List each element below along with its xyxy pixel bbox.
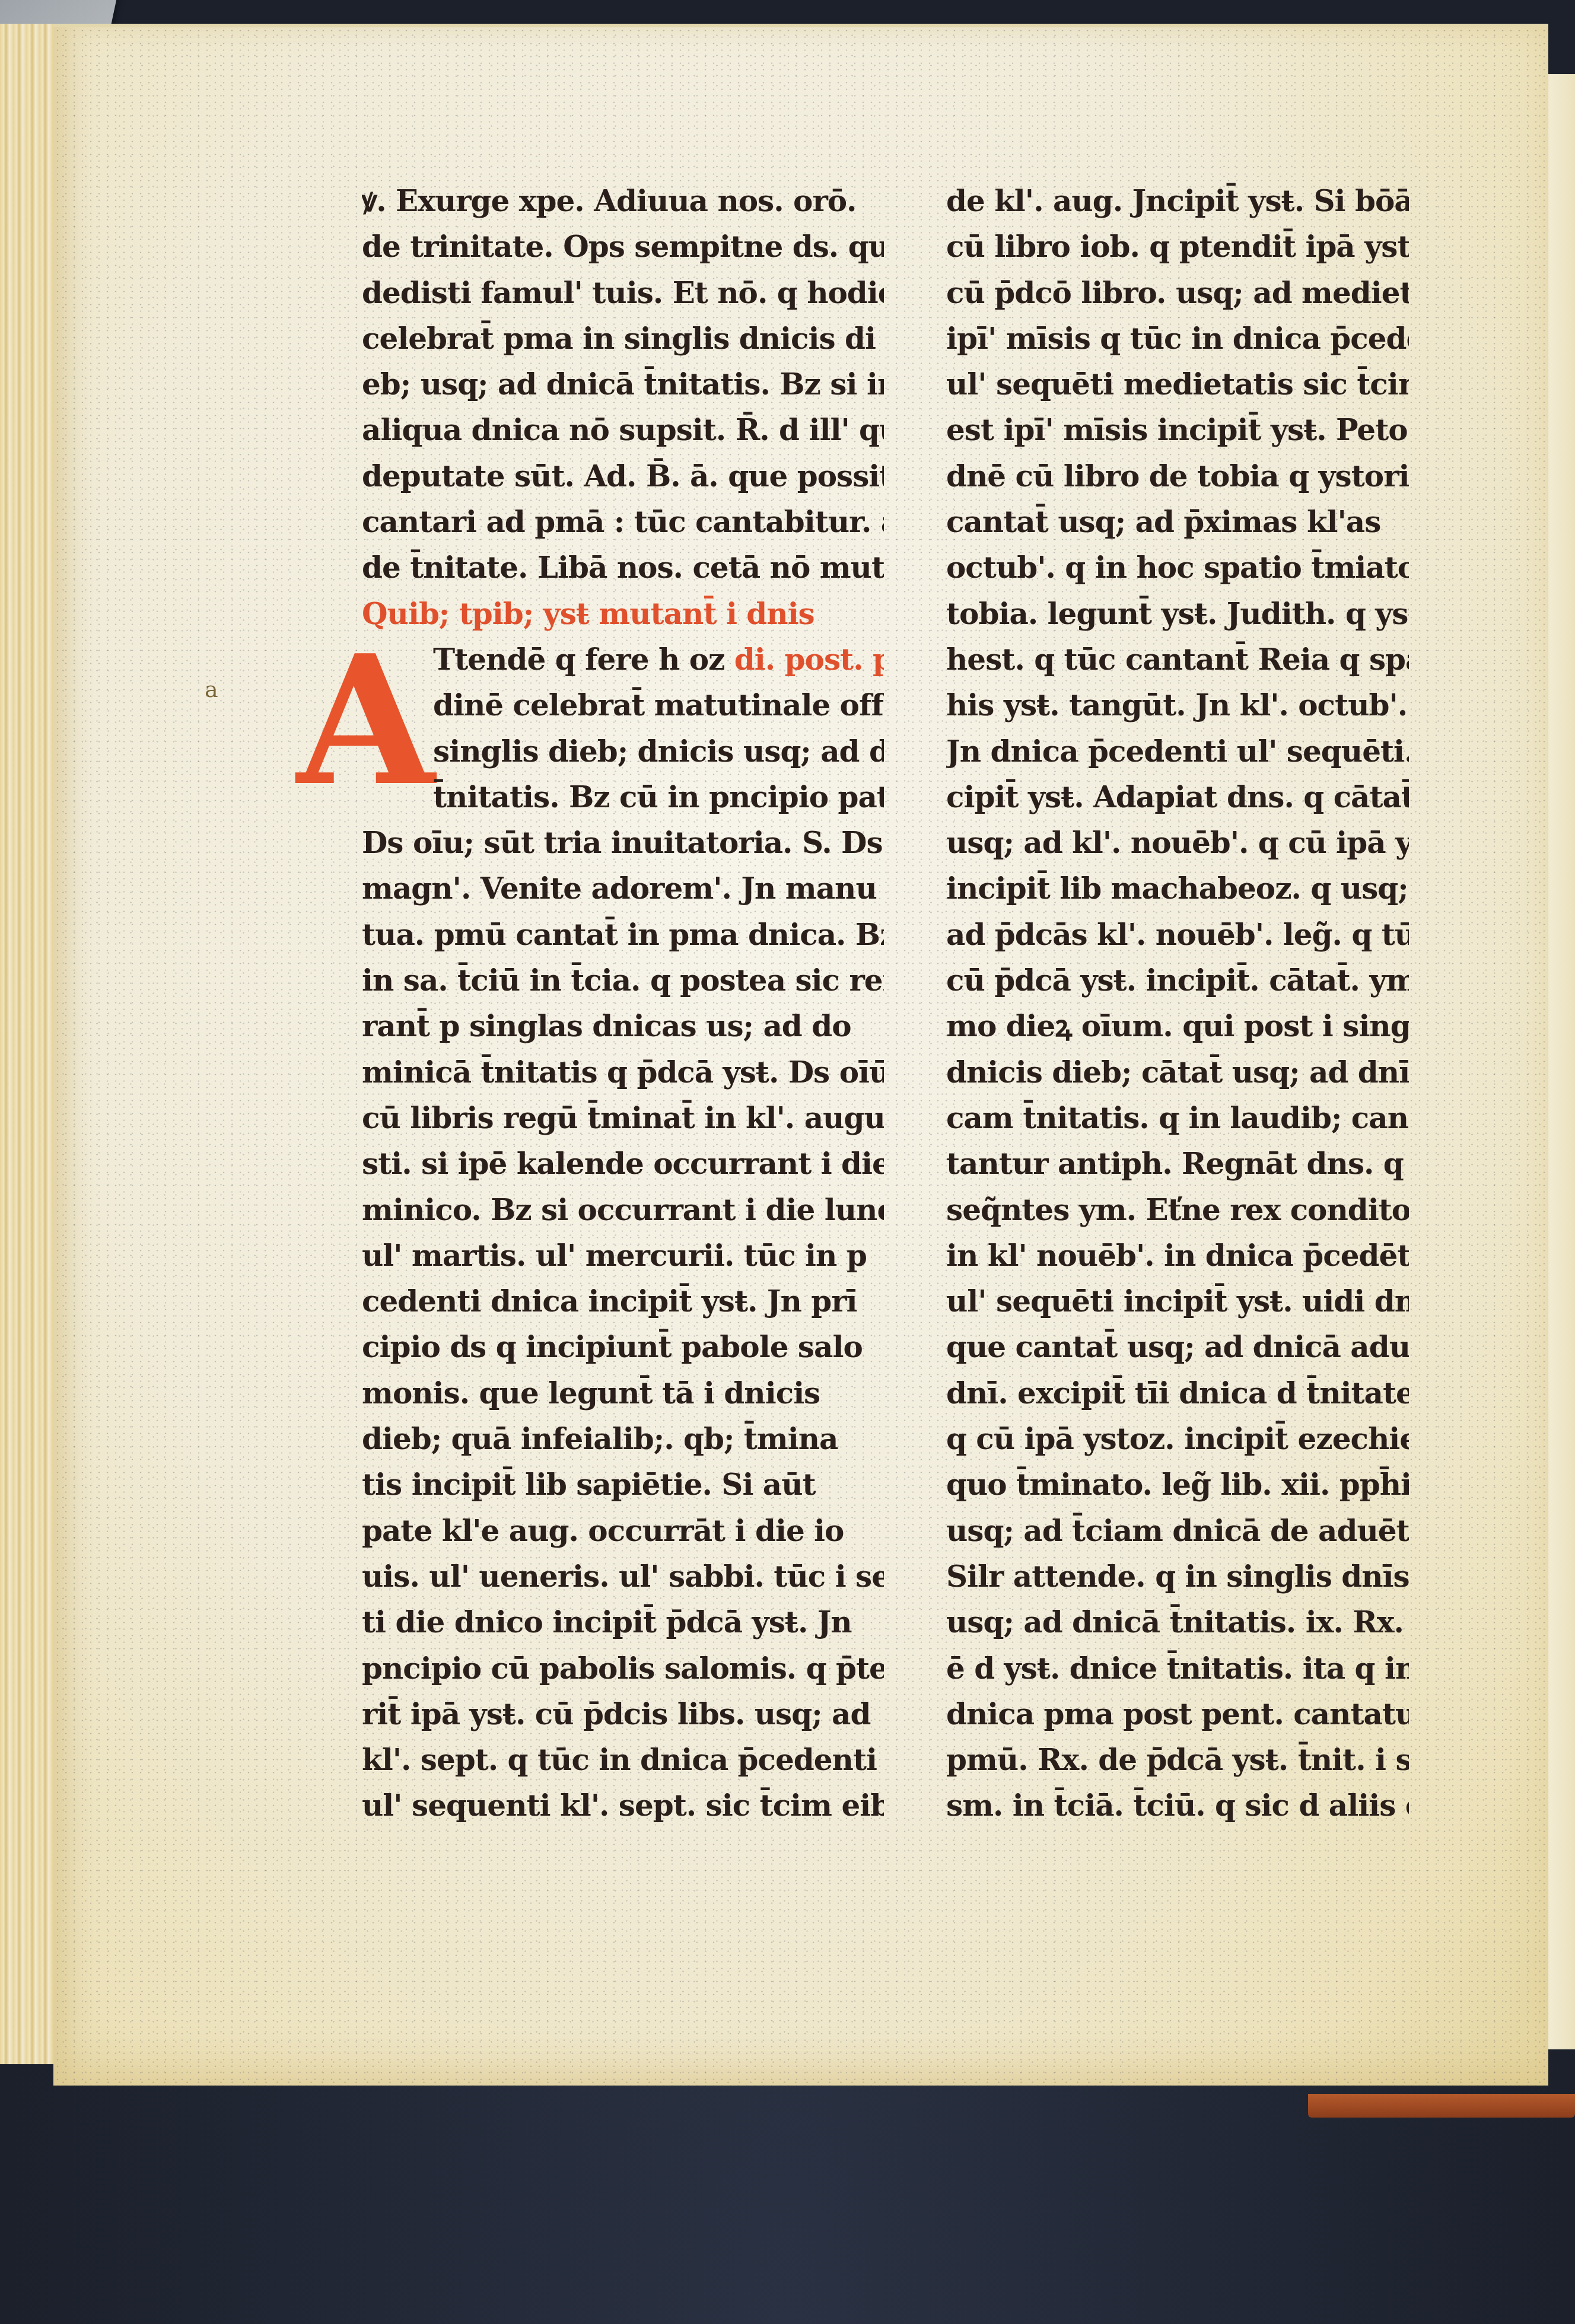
text-line: ul' sequēti incipit̄ ysŧ. uidi dnm <box>946 1278 1409 1324</box>
line-text: cantat̄ usq; ad p̄ximas kl'as <box>946 504 1380 539</box>
line-text: ipī' mīsis q tūc in dnica p̄cedēti <box>946 321 1409 356</box>
line-text: hest. q tūc cantant̄ Reia q spāl'r <box>946 642 1409 677</box>
line-text: cū p̄dcā ysŧ. incipit̄. cātat̄. ym. p <box>946 963 1409 998</box>
line-text: aliqua dnica nō supsit. R̄. d ill' que <box>362 412 884 447</box>
text-line: dedisti famul' tuis. Et nō. q hodie <box>362 270 884 316</box>
line-text: de t̄nitate. Libā nos. cetā nō mutāt̄ <box>362 550 884 585</box>
text-line: sm. in t̄ciā. t̄ciū. q sic d aliis ordi <box>946 1782 1409 1828</box>
line-text: dnī. excipit̄ tīi dnica d t̄nitate <box>946 1376 1409 1411</box>
text-line: usq; ad t̄ciam dnicā de aduētu. <box>946 1508 1409 1553</box>
text-line: minico. Bz si occurrant i die lune <box>362 1187 884 1233</box>
text-line: cantari ad pmā : tūc cantabitur. ā. <box>362 499 884 545</box>
line-text: dinē celebrat̄ matutinale offm̄ i <box>433 687 884 722</box>
line-text: mo dieꝝ oīum. qui post i singlis <box>946 1008 1409 1043</box>
line-text: octub'. q in hoc spatio t̄miato <box>946 550 1409 585</box>
text-line: hest. q tūc cantant̄ Reia q spāl'r <box>946 636 1409 682</box>
line-text: ad p̄dcās kl'. nouēb'. leg̃. q tūc <box>946 917 1409 952</box>
text-line: ē d ysŧ. dnice t̄nitatis. ita q in <box>946 1645 1409 1691</box>
line-text: que cantat̄ usq; ad dnicā aduēt' <box>946 1329 1409 1364</box>
line-text: ti die dnico incipit̄ p̄dcā ysŧ. Jn <box>362 1604 852 1639</box>
text-line: Silr attende. q in singlis dnīs <box>946 1553 1409 1599</box>
text-line: rit̄ ipā ysŧ. cū p̄dcis libs. usq; ad <box>362 1691 884 1737</box>
text-line: usq; ad dnicā t̄nitatis. ix. Rx. <box>946 1599 1409 1645</box>
leather-binding-edge <box>1308 2094 1575 2118</box>
text-line: Ds oīu; sūt tria inuitatoria. S. Ds <box>362 820 884 865</box>
line-text: cipit̄ ysŧ. Adapiat dns. q cātat̄ <box>946 779 1409 814</box>
line-text: tis incipit̄ lib sapiētie. Si aūt <box>362 1467 816 1502</box>
text-line: t̄nitatis. Bz cū in pncipio pate ystoz. <box>362 774 884 820</box>
line-text: magn'. Venite adorem'. Jn manu <box>362 871 877 906</box>
line-text: dnē cū libro de tobia q ystoria <box>946 459 1409 494</box>
text-line: de trinitate. Ops sempitne ds. qui <box>362 224 884 269</box>
text-line: singlis dieb; dnicis usq; ad dnicā <box>362 728 884 774</box>
line-text: tantur antiph. Regnāt dns. q <box>946 1146 1404 1181</box>
line-text: Ds oīu; sūt tria inuitatoria. S. Ds <box>362 825 883 860</box>
text-line: dieb; quā infeialib;. qb; t̄mina <box>362 1416 884 1462</box>
line-text: sm. in t̄ciā. t̄ciū. q sic d aliis ordi <box>946 1788 1409 1823</box>
text-line: dnicis dieb; cātat̄ usq; ad dnī <box>946 1049 1409 1095</box>
line-text: uis. ul' ueneris. ul' sabbi. tūc i seq <box>362 1559 884 1594</box>
line-text: quo t̄minato. leg̃ lib. xii. pph̄ia <box>946 1467 1409 1502</box>
line-text: Silr attende. q in singlis dnīs <box>946 1559 1409 1594</box>
line-text: cedenti dnica incipit̄ ysŧ. Jn prī <box>362 1284 857 1319</box>
text-line: in sa. t̄ciū in t̄cia. q postea sic reit… <box>362 957 884 1003</box>
line-text: minico. Bz si occurrant i die lune <box>362 1192 884 1227</box>
text-line: tantur antiph. Regnāt dns. q <box>946 1141 1409 1186</box>
line-text: ē d ysŧ. dnice t̄nitatis. ita q in <box>946 1651 1409 1686</box>
line-text: cū libro iob. q ptendit̄ ipā ystoz <box>946 229 1409 264</box>
line-text: dieb; quā infeialib;. qb; t̄mina <box>362 1421 838 1456</box>
text-line: monis. que legunt̄ tā i dnicis <box>362 1370 884 1416</box>
line-text: tobia. legunt̄ ysŧ. Judith. q ysŧ. <box>946 596 1409 631</box>
rubric-text: di. post. pent. <box>724 642 884 677</box>
text-line: usq; ad kl'. nouēb'. q cū ipā ysŧ. <box>946 820 1409 865</box>
text-line: de kl'. aug. Jncipit̄ ysŧ. Si bōā <box>946 178 1409 224</box>
line-text: dnica pma post pent. cantatur <box>946 1696 1409 1731</box>
line-text: cam t̄nitatis. q in laudib; can <box>946 1100 1408 1135</box>
text-line: de t̄nitate. Libā nos. cetā nō mutāt̄ <box>362 545 884 590</box>
text-line: cipit̄ ysŧ. Adapiat dns. q cātat̄ <box>946 774 1409 820</box>
text-line: ul' martis. ul' mercurii. tūc in p <box>362 1233 884 1278</box>
text-line: minicā t̄nitatis q p̄dcā ysŧ. Ds oīū <box>362 1049 884 1095</box>
line-text: usq; ad t̄ciam dnicā de aduētu. <box>946 1513 1409 1548</box>
line-text: minicā t̄nitatis q p̄dcā ysŧ. Ds oīū <box>362 1055 884 1090</box>
line-text: cipio ds q incipiunt̄ pabole salo <box>362 1329 863 1364</box>
line-text: cantari ad pmā : tūc cantabitur. ā. <box>362 504 884 539</box>
marginal-note: a <box>205 676 218 702</box>
text-line: octub'. q in hoc spatio t̄miato <box>946 545 1409 590</box>
text-line: quo t̄minato. leg̃ lib. xii. pph̄ia <box>946 1462 1409 1507</box>
line-text: dnicis dieb; cātat̄ usq; ad dnī <box>946 1055 1409 1090</box>
text-line: aliqua dnica nō supsit. R̄. d ill' que <box>362 407 884 453</box>
text-line: ul' sequēti medietatis sic t̄cim <box>946 361 1409 407</box>
text-line: que cantat̄ usq; ad dnicā aduēt' <box>946 1324 1409 1370</box>
line-text: tua. pmū cantat̄ in pma dnica. Bz <box>362 917 884 952</box>
line-text: monis. que legunt̄ tā i dnicis <box>362 1376 820 1411</box>
text-line: ad p̄dcās kl'. nouēb'. leg̃. q tūc <box>946 912 1409 957</box>
text-line: cantat̄ usq; ad p̄ximas kl'as <box>946 499 1409 545</box>
text-line: dinē celebrat̄ matutinale offm̄ i <box>362 682 884 728</box>
text-line: cū p̄dcō libro. usq; ad medietatē <box>946 270 1409 316</box>
text-line: dnica pma post pent. cantatur <box>946 1691 1409 1737</box>
line-text: singlis dieb; dnicis usq; ad dnicā <box>433 734 884 769</box>
text-line: cam t̄nitatis. q in laudib; can <box>946 1095 1409 1141</box>
line-text: cū libris regū t̄minat̄ in kl'. augu <box>362 1100 884 1135</box>
line-text: usq; ad dnicā t̄nitatis. ix. Rx. <box>946 1604 1404 1639</box>
line-text: rit̄ ipā ysŧ. cū p̄dcis libs. usq; ad <box>362 1696 870 1731</box>
line-text: q cū ipā ystoz. incipit̄ ezechiel pph̄ <box>946 1421 1409 1456</box>
text-line: cedenti dnica incipit̄ ysŧ. Jn prī <box>362 1278 884 1324</box>
line-text: eb; usq; ad dnicā t̄nitatis. Bz si in <box>362 367 884 402</box>
line-text: rant̄ p singlas dnicas us; ad do <box>362 1008 851 1043</box>
text-line: mo dieꝝ oīum. qui post i singlis <box>946 1003 1409 1049</box>
text-line: tis incipit̄ lib sapiētie. Si aūt <box>362 1462 884 1507</box>
text-line: uis. ul' ueneris. ul' sabbi. tūc i seq <box>362 1553 884 1599</box>
text-line: magn'. Venite adorem'. Jn manu <box>362 865 884 911</box>
line-text: ul' sequēti medietatis sic t̄cim <box>946 367 1409 402</box>
text-line: pmū. Rx. de p̄dcā ysŧ. t̄nit. i scdā <box>946 1737 1409 1782</box>
text-line: his ysŧ. tangūt. Jn kl'. octub'. <box>946 682 1409 728</box>
text-line: ꝟ. Exurge xpe. Adiuua nos. orō. <box>362 178 884 224</box>
text-line: rant̄ p singlas dnicas us; ad do <box>362 1003 884 1049</box>
line-text: deputate sūt. Ad. B̄. ā. que possit <box>362 459 884 494</box>
text-line: Quib; tpib; ysŧ mutant̄ i dnis <box>362 591 884 636</box>
text-line: tobia. legunt̄ ysŧ. Judith. q ysŧ. <box>946 591 1409 636</box>
text-line: Jn dnica p̄cedenti ul' sequēti. in <box>946 728 1409 774</box>
text-line: tua. pmū cantat̄ in pma dnica. Bz <box>362 912 884 957</box>
line-text: t̄nitatis. Bz cū in pncipio pate ystoz. <box>433 779 884 814</box>
line-text: kl'. sept. q tūc in dnica p̄cedenti <box>362 1742 877 1777</box>
text-line: ul' sequenti kl'. sept. sic t̄cim eib <box>362 1782 884 1828</box>
text-line: ipī' mīsis q tūc in dnica p̄cedēti <box>946 316 1409 361</box>
line-text: ul' martis. ul' mercurii. tūc in p <box>362 1238 867 1273</box>
line-text: dedisti famul' tuis. Et nō. q hodie <box>362 275 884 310</box>
line-text: pmū. Rx. de p̄dcā ysŧ. t̄nit. i scdā <box>946 1742 1409 1777</box>
line-text: celebrat̄ pma in singlis dnicis di <box>362 321 876 356</box>
line-text: est ipī' mīsis incipit̄ ysŧ. Peto <box>946 412 1408 447</box>
line-text: ul' sequenti kl'. sept. sic t̄cim eib <box>362 1788 884 1823</box>
line-text: cū p̄dcō libro. usq; ad medietatē <box>946 275 1409 310</box>
text-line: cū libris regū t̄minat̄ in kl'. augu <box>362 1095 884 1141</box>
text-line: eb; usq; ad dnicā t̄nitatis. Bz si in <box>362 361 884 407</box>
line-text: Ttendē q fere h oz <box>433 642 724 677</box>
text-line: cū libro iob. q ptendit̄ ipā ystoz <box>946 224 1409 269</box>
text-line: ti die dnico incipit̄ p̄dcā ysŧ. Jn <box>362 1599 884 1645</box>
text-line: pncipio cū pabolis salomis. q p̄te <box>362 1645 884 1691</box>
line-text: his ysŧ. tangūt. Jn kl'. octub'. <box>946 687 1407 722</box>
line-text: seq̃ntes ym. Eťne rex conditoꝝ <box>946 1192 1409 1227</box>
text-column-left: ꝟ. Exurge xpe. Adiuua nos. orō.de trinit… <box>362 178 884 1829</box>
text-line: dnē cū libro de tobia q ystoria <box>946 453 1409 499</box>
line-text: Quib; tpib; ysŧ mutant̄ i dnis <box>362 596 814 631</box>
text-line: cū p̄dcā ysŧ. incipit̄. cātat̄. ym. p <box>946 957 1409 1003</box>
text-line: est ipī' mīsis incipit̄ ysŧ. Peto <box>946 407 1409 453</box>
line-text: de kl'. aug. Jncipit̄ ysŧ. Si bōā <box>946 183 1409 218</box>
line-text: in sa. t̄ciū in t̄cia. q postea sic reit… <box>362 963 884 998</box>
line-text: usq; ad kl'. nouēb'. q cū ipā ysŧ. <box>946 825 1409 860</box>
text-line: kl'. sept. q tūc in dnica p̄cedenti <box>362 1737 884 1782</box>
line-text: Jn dnica p̄cedenti ul' sequēti. in <box>946 734 1409 769</box>
text-line: celebrat̄ pma in singlis dnicis di <box>362 316 884 361</box>
line-text: sti. si ipē kalende occurrant i die do <box>362 1146 884 1181</box>
text-line: sti. si ipē kalende occurrant i die do <box>362 1141 884 1186</box>
text-line: q cū ipā ystoz. incipit̄ ezechiel pph̄ <box>946 1416 1409 1462</box>
line-text: de trinitate. Ops sempitne ds. qui <box>362 229 884 264</box>
line-text: ul' sequēti incipit̄ ysŧ. uidi dnm <box>946 1284 1409 1319</box>
line-text: pncipio cū pabolis salomis. q p̄te <box>362 1651 884 1686</box>
line-text: ꝟ. Exurge xpe. Adiuua nos. orō. <box>362 183 857 218</box>
text-line: seq̃ntes ym. Eťne rex conditoꝝ <box>946 1187 1409 1233</box>
text-line: Ttendē q fere h oz di. post. pent. <box>362 636 884 682</box>
line-text: in kl' nouēb'. in dnica p̄cedēti <box>946 1238 1409 1273</box>
text-line: pate kl'e aug. occurrāt i die io <box>362 1508 884 1553</box>
text-line: dnī. excipit̄ tīi dnica d t̄nitate <box>946 1370 1409 1416</box>
text-line: incipit̄ lib machabeoz. q usq; <box>946 865 1409 911</box>
line-text: incipit̄ lib machabeoz. q usq; <box>946 871 1408 906</box>
text-line: in kl' nouēb'. in dnica p̄cedēti <box>946 1233 1409 1278</box>
line-text: pate kl'e aug. occurrāt i die io <box>362 1513 844 1548</box>
text-line: deputate sūt. Ad. B̄. ā. que possit <box>362 453 884 499</box>
text-line: cipio ds q incipiunt̄ pabole salo <box>362 1324 884 1370</box>
text-column-right: de kl'. aug. Jncipit̄ ysŧ. Si bōācū libr… <box>946 178 1409 1829</box>
